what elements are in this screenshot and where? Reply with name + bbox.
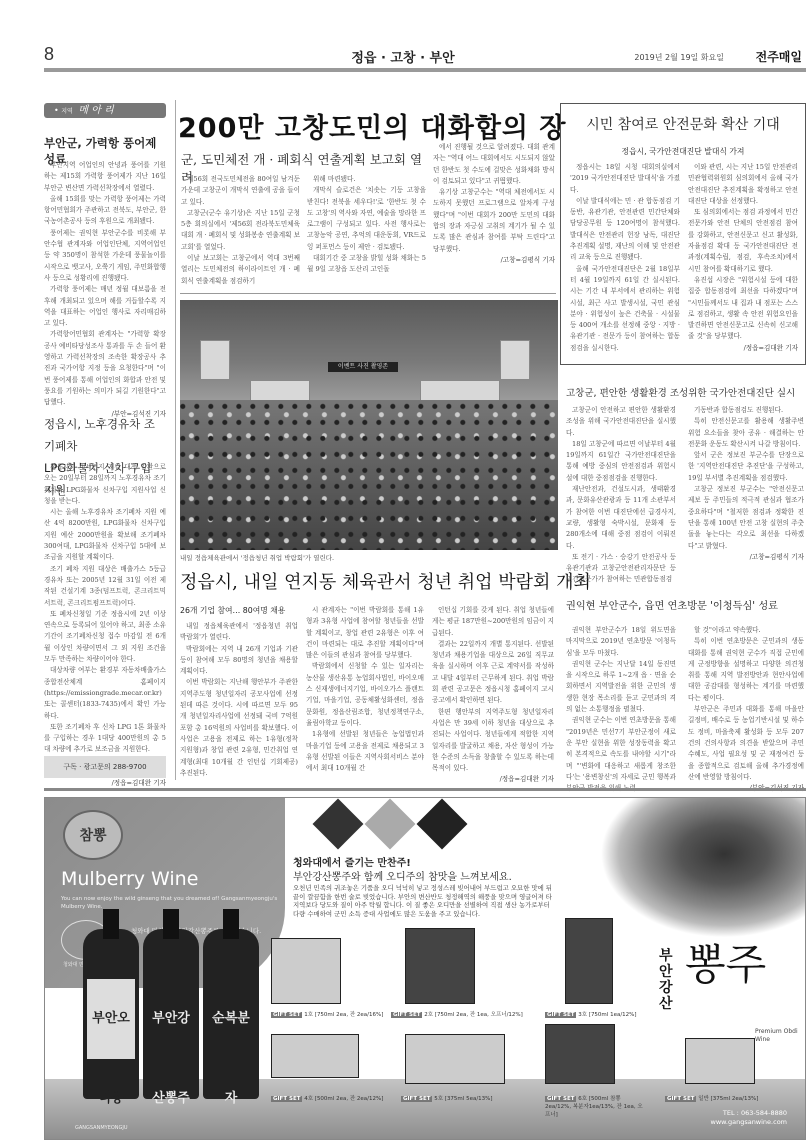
wine-bottle: 부안강산뽕주 <box>143 929 199 1099</box>
paragraph: 할 것"이라고 약속했다. <box>688 625 804 636</box>
gift-box <box>545 1024 615 1084</box>
paragraph: 정읍시는 18일 시청 대회의실에서 '2019 국가안전대진단 발대식'을 가… <box>570 162 680 196</box>
paragraph: 위해 마련됐다. <box>307 174 426 185</box>
byline: /정읍=김대완 기자 <box>688 343 798 354</box>
fruit-image-icon <box>365 799 416 850</box>
paragraph: 내일 정읍체육관에서 '정읍청년 취업 박람회'가 열린다. <box>180 621 298 644</box>
paragraph: 시는 올해 노후경유차 조기폐차 지원 예산 4억 8200만원, LPG화물차… <box>44 507 166 563</box>
title-line: 정읍시, 노후경유차 조기폐차 <box>44 413 166 457</box>
gift-set-label: GIFT SET 3호 [750ml 1ea/12%] <box>545 1010 637 1018</box>
paragraph: 부안지역 어업인의 안녕과 풍어를 기원하는 제15회 가력항 풍어제가 지난 … <box>44 160 166 194</box>
tag-small: 지역 <box>61 108 73 115</box>
gift-box <box>565 918 613 1004</box>
column-tag: • 지역 메 아 리 <box>44 103 166 118</box>
issue-date: 2019년 2월 19일 화요일 <box>634 52 724 63</box>
gift-box <box>405 928 475 1004</box>
article-column: 인턴십 기회를 갖게 된다. 취업 청년들에게는 평균 187만원~200만원의… <box>432 605 554 786</box>
phone-number: TEL : 063-584-8880 <box>711 1109 787 1118</box>
website-link[interactable]: www.gangsanwine.com <box>711 1118 787 1127</box>
photo-sign: 이벤트 사진 촬영존 <box>328 362 398 372</box>
gift-box <box>271 1034 359 1078</box>
paragraph: 앞서 군은 정보진 부군수를 단장으로 한 '지역안전대진단 추진단'을 구성하… <box>688 450 804 484</box>
paragraph: 올해 15회를 맞는 가력항 풍어제는 가력항어민협회가 주관하고 전북도, 부… <box>44 194 166 228</box>
paragraph: 대상차량 여부는 환경부 자동차배출가스종합전산체계 홈페이지(https://… <box>44 665 166 721</box>
paragraph: 유진섭 시장은 "위험시설 등에 대한 집중 합동점검에 최선을 다하겠다"며 … <box>688 275 798 343</box>
article-column: 할 것"이라고 약속했다. 특히 이번 연초방문은 군민과의 생동대화를 통해 … <box>688 625 804 794</box>
job-fair-subheadline: 26개 기업 참여… 80여명 채용 <box>180 605 300 616</box>
paragraph: 박람회에는 지역 내 26개 기업과 기관 등이 참여해 모두 80명의 청년을… <box>180 644 298 678</box>
paragraph: 고창군이 안전하고 편안한 생활환경 조성을 위해 국가안전대진단을 실시했다. <box>566 405 676 439</box>
article-column: 이와 관련, 시는 지난 15일 안전관리민관협력위원회 심의회에서 올해 국가… <box>688 162 798 354</box>
article-title[interactable]: 고창군, 편안한 생활환경 조성위한 국가안전대진단 실시 <box>566 385 806 399</box>
article-column: 위해 마련됐다. 개막식 슬로건은 '치솟는 기등 고창을 받친다! 전북을 세… <box>307 174 426 276</box>
paragraph: 박람회에서 신청할 수 있는 일자리는 농산물 생산유통 농업회사법인, 바이오… <box>306 661 424 729</box>
ad-divider <box>44 788 806 791</box>
paragraph: 정읍시가 미세먼지 저감 대책 일환으로 오는 20일부터 28일까지 노후경유… <box>44 462 166 507</box>
paragraph: 개막식 슬로건은 '치솟는 기등 고창을 받친다! 전북을 세우다!'로 '한반… <box>307 185 426 253</box>
gift-box <box>405 1034 505 1084</box>
paragraph: 재난안전과, 건설도시과, 생태환경과, 문화유산관광과 등 11개 소관부서가… <box>566 484 676 552</box>
mulberry-image-icon <box>313 799 364 850</box>
article-column: 시 관계자는 "이번 박람회를 통해 1유형과 3유형 사업에 참여할 청년들을… <box>306 605 424 774</box>
paragraph: 이번 박람회는 지난해 행안부가 주관한 지역주도형 청년일자리 공모사업에 선… <box>180 677 298 779</box>
paragraph: 가력항어민협회 관계자는 "가력항 확장공사 예비타당성조사 통과를 두 손 들… <box>44 329 166 408</box>
wine-bottle: 순복분자 <box>203 929 259 1099</box>
article-body: 부안지역 어업인의 안녕과 풍어를 기원하는 제15회 가력항 풍어제가 지난 … <box>44 160 166 420</box>
paragraph: 또 전기 · 가스 · 승강기 안전공사 등 유관기관과 고창군안전관리자문단 … <box>566 552 676 586</box>
tag-big: 메 아 리 <box>78 105 113 116</box>
paragraph: 고창군(군수 유기상)은 지난 15일 군청 5층 회의실에서 '제56회 전라… <box>181 208 300 253</box>
paragraph: 고창군 정보진 부군수는 "안전신문고 제보 등 주민들의 적극적 관심과 협조… <box>688 484 804 552</box>
boxed-article-title[interactable]: 시민 참여로 안전문화 확산 기대 <box>560 114 806 134</box>
gift-set-label: GIFT SET 4호 [500ml 2ea, 잔 2ea/12%] <box>271 1094 383 1102</box>
paragraph: 1유형에 선발된 청년들은 농업법인과 마을기업 등에 고용을 전제로 채용되고… <box>306 729 424 774</box>
paragraph: 권익현 부안군수가 18일 위도면을 마지막으로 2019년 연초방문 '이청득… <box>566 625 676 659</box>
job-fair-headline[interactable]: 정읍시, 내일 연지동 체육관서 청년 취업 박람회 개최 <box>180 568 560 594</box>
article-column: 제56회 전국도민체전을 80여일 남겨둔 가운데 고창군이 개막식 연출에 공… <box>181 174 300 287</box>
paragraph: 풍어제는 권익현 부안군수를 비롯해 부안수협 관계자와 어업인단체, 지역어업… <box>44 228 166 284</box>
ad-headline: 청와대에서 즐기는 만찬주! <box>293 854 411 869</box>
paragraph: 인턴십 기회를 갖게 된다. 취업 청년들에게는 평균 187만원~200만원의… <box>432 605 554 639</box>
paragraph: 권익현 군수는 지난달 14일 동진면을 시작으로 하루 1~2개 읍 · 면을… <box>566 659 676 715</box>
article-title[interactable]: 권익현 부안군수, 읍면 연초방문 '이청득심' 성료 <box>566 597 806 612</box>
article-body: 정읍시가 미세먼지 저감 대책 일환으로 오는 20일부터 28일까지 노후경유… <box>44 462 166 790</box>
paragraph: 가력항 풍어제는 매년 정월 대보름을 전후해 개최되고 있으며 해를 거듭할수… <box>44 284 166 329</box>
paragraph: 또한 조기폐차 후 신차 LPG 1톤 화물차를 구입하는 경우 1대당 400… <box>44 722 166 756</box>
article-column: 고창군이 안전하고 편안한 생활환경 조성을 위해 국가안전대진단을 실시했다.… <box>566 405 676 586</box>
paragraph: 에서 진행될 것으로 알려졌다. 대회 관계자는 "역대 어느 대회에서도 시도… <box>433 142 555 187</box>
paragraph: 기동반과 합동점검도 진행된다. <box>688 405 804 416</box>
subscription-notice: 구독 · 광고문의 288-9700 <box>44 756 166 778</box>
ad-subheadline: 부안강산뽕주와 함께 오디주의 참맛을 느껴보세요. <box>293 868 512 883</box>
gift-set-badge-icon <box>417 799 468 850</box>
divider <box>180 293 556 294</box>
header-rule <box>44 68 806 72</box>
gift-set-label: GIFT SET 1호 [750ml 2ea, 잔 2ea/16%] <box>271 1010 383 1018</box>
paragraph: 결과는 22일까지 개별 통지된다. 선발된 청년과 채용기업을 대상으로 26… <box>432 639 554 707</box>
company-logo: GANGSANMYEONGJU <box>75 1125 128 1131</box>
mulberry-wine-ad[interactable]: 참뽕 Mulberry Wine You can now enjoy the w… <box>44 797 806 1140</box>
gift-set-label: GIFT SET 2호 [750ml 2ea, 잔 1ea, 오프너/12%] <box>391 1010 523 1018</box>
ad-body-text: 오천년 민족의 귀조놓은 기품을 오디 넉넉히 넣고 정성스레 빚어내어 부드럽… <box>293 884 553 919</box>
boxed-article-subtitle: 정읍시, 국가안전대진단 발대식 가져 <box>560 146 806 157</box>
paragraph: 부안군은 주민과 대화를 통해 마을안길정비, 배수로 등 농업기반시설 및 하… <box>688 704 804 783</box>
brand-calligraphy: 뽕주 <box>685 943 766 987</box>
article-column: 정읍시는 18일 시청 대회의실에서 '2019 국가안전대진단 발대식'을 가… <box>570 162 680 354</box>
paragraph: 이날 발대식에는 민 · 관 합동점검 기동반, 유관기관, 안전관련 민간단체… <box>570 196 680 264</box>
column-divider <box>175 100 176 780</box>
paragraph: 권익현 군수는 이번 연초방문을 통해 "2019년은 민선7기 부안군정이 새… <box>566 715 676 794</box>
paragraph: 특히 안전신문고를 활용해 생활주변 위험 요소들을 찾아 공유 · 해결하는 … <box>688 416 804 450</box>
article-column: 권익현 부안군수가 18일 위도면을 마지막으로 2019년 연초방문 '이청득… <box>566 625 676 794</box>
paragraph: 조기 폐차 지원 대상은 배출가스 5등급 경유차 또는 2005년 12월 3… <box>44 564 166 609</box>
job-fair-photo: 이벤트 사진 촬영존 <box>180 300 558 550</box>
mulberry-photo <box>600 798 806 938</box>
newspaper-name: 전주매일 <box>756 48 802 65</box>
article-column: 내일 정읍체육관에서 '정읍청년 취업 박람회'가 열린다. 박람회에는 지역 … <box>180 621 298 779</box>
ad-contact: TEL : 063-584-8880 www.gangsanwine.com <box>711 1109 787 1127</box>
ad-wine-title: Mulberry Wine <box>61 868 198 890</box>
main-headline[interactable]: 200만 고창도민의 대화합의 장 <box>178 106 558 145</box>
brand-logo-icon: 참뽕 <box>63 810 123 860</box>
photo-caption: 내일 정읍체육관에서 '정읍청년 취업 박람회'가 열린다. <box>180 553 334 562</box>
paragraph: 이와 관련, 시는 지난 15일 안전관리민관협력위원회 심의회에서 올해 국가… <box>688 162 798 207</box>
gift-set-label: GIFT SET 6호 [500ml 참뽕2ea/12%, 복분자1ea/13%… <box>545 1094 645 1118</box>
brand-premium-label: Premium Obdi Wine <box>755 1028 805 1044</box>
brand-vertical-text: 부안강산 <box>659 948 675 1012</box>
byline: /정읍=김대완 기자 <box>432 774 554 785</box>
gift-set-label: GIFT SET 5호 [375ml 5ea/13%] <box>401 1094 493 1102</box>
paragraph: 이날 보고회는 고창군에서 역대 3번째 열리는 도민체전의 하이라이트인 개 … <box>181 253 300 287</box>
paragraph: 한편 행안부의 지역주도형 청년일자리 사업은 만 39세 이하 청년을 대상으… <box>432 707 554 775</box>
gift-box <box>685 1038 755 1084</box>
paragraph: 또 심의회에서는 점검 과정에서 민간 전문가와 안전 단체의 안전점검 참여를… <box>688 207 798 275</box>
paragraph: 또 폐차신청일 기준 정읍시에 2년 이상 연속으로 등록되어 있어야 하고, … <box>44 609 166 665</box>
article-column: 에서 진행될 것으로 알려졌다. 대회 관계자는 "역대 어느 대회에서도 시도… <box>433 142 555 266</box>
paragraph: 제56회 전국도민체전을 80여일 남겨둔 가운데 고창군이 개막식 연출에 공… <box>181 174 300 208</box>
byline: /고창=김평식 기자 <box>688 552 804 563</box>
paragraph: 시 관계자는 "이번 박람회를 통해 1유형과 3유형 사업에 참여할 청년들을… <box>306 605 424 661</box>
gift-box <box>271 938 341 1004</box>
byline: /고창=김평식 기자 <box>433 255 555 266</box>
paragraph: 유기상 고창군수는 "역대 체전에서도 시도하지 못했던 프로그램으로 알차게 … <box>433 187 555 255</box>
bullet-icon: • <box>54 106 59 115</box>
article-column: 기동반과 합동점검도 진행된다. 특히 안전신문고를 활용해 생활주변 위험 요… <box>688 405 804 563</box>
paragraph: 올해 국가안전대진단은 2월 18일부터 4월 19일까지 61일 간 실시된다… <box>570 264 680 354</box>
paragraph: 18일 고창군에 따르면 이날부터 4월 19일까지 61일간 국가안전대진단을… <box>566 439 676 484</box>
gift-set-label: GIFT SET 일반 [375ml 2ea/13%] <box>665 1094 758 1102</box>
paragraph: 대회기간 중 고창을 밝힐 성화 채화는 5월 9일 고창읍 도산리 고인돌 <box>307 253 426 276</box>
wine-bottle: 부안오디뽕 <box>83 929 139 1099</box>
paragraph: 특히 이번 연초방문은 군민과의 생동대화를 통해 권익현 군수가 직접 군민에… <box>688 636 804 704</box>
